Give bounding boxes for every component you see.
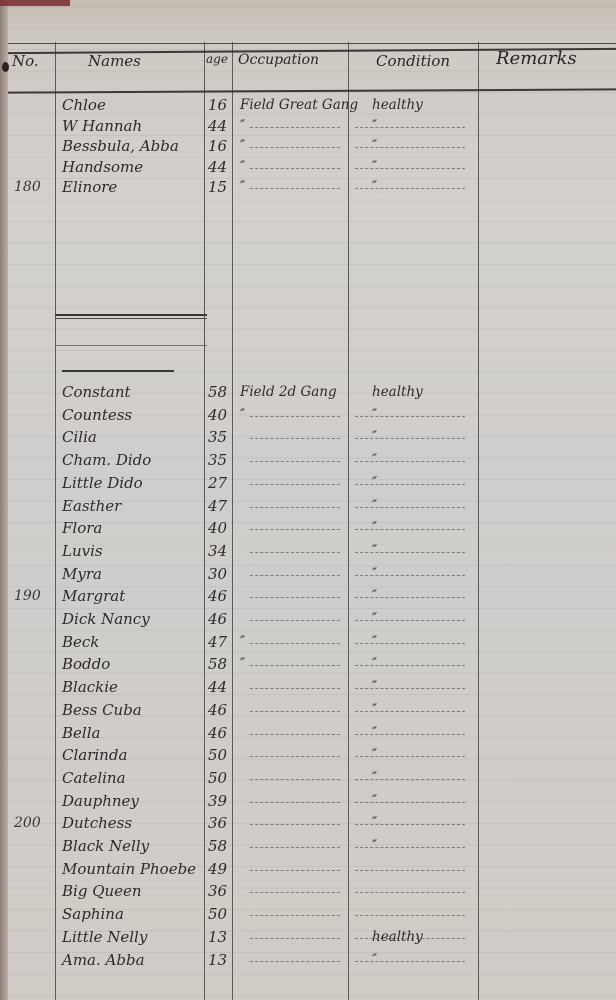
entry-name: Luvis — [62, 541, 103, 561]
register-entry: Boddo58″″ — [0, 654, 616, 674]
entry-condition: ″ — [372, 157, 377, 177]
register-entry: Flora40″ — [0, 518, 616, 538]
ditto-leader — [250, 847, 340, 848]
entry-condition: healthy — [372, 927, 423, 947]
register-entry: Cham. Dido35″ — [0, 450, 616, 470]
ditto-leader — [355, 188, 465, 189]
ditto-leader — [250, 915, 340, 916]
entry-age: 27 — [208, 473, 227, 493]
entry-name: Blackie — [62, 677, 118, 697]
entry-age: 13 — [208, 950, 227, 970]
entry-age: 15 — [208, 177, 227, 197]
entry-condition: ″ — [372, 405, 377, 425]
ditto-leader — [250, 188, 340, 189]
entry-name: Black Nelly — [62, 836, 149, 856]
register-page: No. Names age Occupation Condition Remar… — [0, 0, 616, 1000]
register-entry: Blackie44″ — [0, 677, 616, 697]
entry-name: Cilia — [62, 427, 97, 447]
entry-age: 47 — [208, 632, 227, 652]
ditto-leader — [355, 892, 465, 893]
entry-condition: ″ — [372, 791, 377, 811]
register-entry: 200Dutchess36″ — [0, 813, 616, 833]
header-names: Names — [88, 52, 141, 70]
ditto-leader — [250, 961, 340, 962]
entry-condition: ″ — [372, 450, 377, 470]
entry-condition: ″ — [372, 116, 377, 136]
entry-age: 44 — [208, 157, 227, 177]
register-entry: Constant58Field 2d Ganghealthy — [0, 382, 616, 402]
register-entry: Beck47″″ — [0, 632, 616, 652]
register-entry: 180Elinore15″″ — [0, 177, 616, 197]
ditto-leader — [355, 756, 465, 757]
entry-condition: healthy — [372, 382, 423, 402]
entry-name: Dutchess — [62, 813, 132, 833]
ditto-leader — [250, 416, 340, 417]
ditto-leader — [250, 756, 340, 757]
register-entry: Easther47″ — [0, 496, 616, 516]
ditto-leader — [355, 870, 465, 871]
header-occupation: Occupation — [238, 52, 319, 68]
entry-condition: ″ — [372, 609, 377, 629]
section-double-rule-b — [55, 318, 207, 319]
ditto-leader — [355, 127, 465, 128]
entry-age: 40 — [208, 518, 227, 538]
ditto-leader — [250, 802, 340, 803]
entry-name: Dauphney — [62, 791, 139, 811]
entry-condition: ″ — [372, 768, 377, 788]
register-entry: Black Nelly58″ — [0, 836, 616, 856]
register-entry: Ama. Abba13″ — [0, 950, 616, 970]
entry-age: 46 — [208, 700, 227, 720]
entry-age: 58 — [208, 836, 227, 856]
section-double-rule-a — [55, 314, 207, 316]
entry-age: 36 — [208, 881, 227, 901]
entry-occupation: ″ — [240, 116, 245, 136]
entry-number: 200 — [14, 813, 41, 833]
entry-occupation: ″ — [240, 177, 245, 197]
ditto-leader — [250, 552, 340, 553]
ditto-leader — [355, 147, 465, 148]
register-entry: Countess40″″ — [0, 405, 616, 425]
entry-number: 190 — [14, 586, 41, 606]
ditto-leader — [355, 484, 465, 485]
entry-name: Handsome — [62, 157, 143, 177]
ditto-leader — [250, 461, 340, 462]
entry-occupation: ″ — [240, 632, 245, 652]
ditto-leader — [355, 938, 465, 939]
ditto-leader — [250, 665, 340, 666]
entry-name: Cham. Dido — [62, 450, 151, 470]
entry-name: Ama. Abba — [62, 950, 145, 970]
ditto-leader — [250, 938, 340, 939]
ditto-leader — [355, 961, 465, 962]
entry-condition: ″ — [372, 745, 377, 765]
entry-age: 35 — [208, 450, 227, 470]
entry-condition: ″ — [372, 177, 377, 197]
register-entry: Bessbula, Abba16″″ — [0, 136, 616, 156]
entry-name: Margrat — [62, 586, 125, 606]
ditto-leader — [250, 643, 340, 644]
entry-occupation: Field 2d Gang — [240, 382, 337, 402]
entry-age: 13 — [208, 927, 227, 947]
ditto-leader — [355, 711, 465, 712]
entry-age: 46 — [208, 609, 227, 629]
entry-age: 50 — [208, 904, 227, 924]
entry-condition: ″ — [372, 586, 377, 606]
entry-name: Elinore — [62, 177, 117, 197]
ditto-leader — [355, 461, 465, 462]
ditto-leader — [250, 779, 340, 780]
register-entry: Little Nelly13healthy — [0, 927, 616, 947]
entry-age: 39 — [208, 791, 227, 811]
ditto-leader — [355, 168, 465, 169]
ditto-leader — [250, 620, 340, 621]
entry-age: 47 — [208, 496, 227, 516]
entry-name: Clarinda — [62, 745, 127, 765]
entry-name: Chloe — [62, 95, 106, 115]
entry-occupation: ″ — [240, 157, 245, 177]
register-entry: Dick Nancy46″ — [0, 609, 616, 629]
register-entry: Myra30″ — [0, 564, 616, 584]
register-entry: Bella46″ — [0, 723, 616, 743]
entry-age: 46 — [208, 723, 227, 743]
entry-name: Easther — [62, 496, 121, 516]
ditto-leader — [355, 529, 465, 530]
entry-name: Little Dido — [62, 473, 143, 493]
register-entry: Bess Cuba46″ — [0, 700, 616, 720]
entry-name: Boddo — [62, 654, 110, 674]
entry-condition: ″ — [372, 564, 377, 584]
ditto-leader — [355, 575, 465, 576]
entry-name: Bella — [62, 723, 100, 743]
ditto-leader — [355, 915, 465, 916]
entry-name: Constant — [62, 382, 131, 402]
entry-condition: ″ — [372, 677, 377, 697]
entry-age: 40 — [208, 405, 227, 425]
entry-condition: ″ — [372, 813, 377, 833]
header-top-rule-thin — [8, 43, 616, 44]
entry-age: 34 — [208, 541, 227, 561]
entry-name: Bessbula, Abba — [62, 136, 179, 156]
entry-name: Mountain Phoebe — [62, 859, 196, 879]
entry-condition: ″ — [372, 518, 377, 538]
entry-age: 58 — [208, 382, 227, 402]
entry-condition: ″ — [372, 950, 377, 970]
entry-age: 16 — [208, 136, 227, 156]
entry-name: W Hannah — [62, 116, 142, 136]
entry-condition: ″ — [372, 836, 377, 856]
header-age: age — [206, 52, 228, 66]
ditto-leader — [250, 870, 340, 871]
entry-age: 36 — [208, 813, 227, 833]
entry-condition: healthy — [372, 95, 423, 115]
ditto-leader — [355, 507, 465, 508]
register-entry: Dauphney39″ — [0, 791, 616, 811]
ditto-leader — [355, 597, 465, 598]
header-condition: Condition — [376, 52, 450, 70]
register-entry: Cilia35″ — [0, 427, 616, 447]
ditto-leader — [355, 779, 465, 780]
register-entry: Catelina50″ — [0, 768, 616, 788]
register-entry: Chloe16Field Great Ganghealthy — [0, 95, 616, 115]
header-remarks: Remarks — [496, 48, 577, 69]
entry-name: Little Nelly — [62, 927, 147, 947]
header-no: No. — [12, 52, 39, 70]
ditto-leader — [250, 892, 340, 893]
ditto-leader — [355, 734, 465, 735]
entry-name: Big Queen — [62, 881, 142, 901]
entry-occupation: Field Great Gang — [240, 95, 358, 115]
register-entry: Saphina50 — [0, 904, 616, 924]
ditto-leader — [355, 665, 465, 666]
entry-name: Catelina — [62, 768, 126, 788]
ditto-leader — [250, 688, 340, 689]
entry-age: 30 — [208, 564, 227, 584]
entry-condition: ″ — [372, 723, 377, 743]
entry-condition: ″ — [372, 654, 377, 674]
ditto-leader — [250, 597, 340, 598]
entry-age: 44 — [208, 677, 227, 697]
entry-name: Myra — [62, 564, 102, 584]
register-entry: Big Queen36 — [0, 881, 616, 901]
ditto-leader — [355, 416, 465, 417]
ditto-leader — [355, 802, 465, 803]
ditto-leader — [250, 734, 340, 735]
entry-number: 180 — [14, 177, 41, 197]
entry-name: Countess — [62, 405, 132, 425]
entry-occupation: ″ — [240, 405, 245, 425]
ditto-leader — [250, 711, 340, 712]
ditto-leader — [250, 507, 340, 508]
register-entry: Clarinda50″ — [0, 745, 616, 765]
entry-condition: ″ — [372, 136, 377, 156]
ditto-leader — [355, 438, 465, 439]
entry-condition: ″ — [372, 496, 377, 516]
ditto-leader — [250, 575, 340, 576]
header-bottom-rule — [8, 88, 616, 93]
entry-age: 49 — [208, 859, 227, 879]
register-entry: Little Dido27″ — [0, 473, 616, 493]
section-short-rule — [62, 370, 174, 372]
ditto-leader — [250, 529, 340, 530]
entry-age: 58 — [208, 654, 227, 674]
entry-name: Saphina — [62, 904, 124, 924]
entry-condition: ″ — [372, 473, 377, 493]
ditto-leader — [355, 643, 465, 644]
ditto-leader — [355, 847, 465, 848]
ditto-leader — [250, 168, 340, 169]
register-entry: Luvis34″ — [0, 541, 616, 561]
entry-occupation: ″ — [240, 654, 245, 674]
register-entry: Mountain Phoebe49 — [0, 859, 616, 879]
entry-name: Beck — [62, 632, 99, 652]
entry-name: Bess Cuba — [62, 700, 142, 720]
ditto-leader — [355, 824, 465, 825]
ditto-leader — [355, 620, 465, 621]
ditto-leader — [250, 127, 340, 128]
register-entry: Handsome44″″ — [0, 157, 616, 177]
entry-age: 16 — [208, 95, 227, 115]
entry-condition: ″ — [372, 632, 377, 652]
register-entry: 190Margrat46″ — [0, 586, 616, 606]
ditto-leader — [355, 552, 465, 553]
entry-condition: ″ — [372, 700, 377, 720]
ditto-leader — [250, 438, 340, 439]
ditto-leader — [250, 484, 340, 485]
entry-condition: ″ — [372, 541, 377, 561]
ditto-leader — [250, 824, 340, 825]
entry-condition: ″ — [372, 427, 377, 447]
ditto-leader — [355, 688, 465, 689]
entry-age: 50 — [208, 745, 227, 765]
ditto-leader — [250, 147, 340, 148]
entry-age: 46 — [208, 586, 227, 606]
entry-occupation: ″ — [240, 136, 245, 156]
entry-age: 50 — [208, 768, 227, 788]
book-corner — [0, 0, 70, 6]
register-entry: W Hannah44″″ — [0, 116, 616, 136]
entry-age: 35 — [208, 427, 227, 447]
binding-hole — [2, 62, 9, 72]
entry-name: Flora — [62, 518, 102, 538]
entry-name: Dick Nancy — [62, 609, 150, 629]
entry-age: 44 — [208, 116, 227, 136]
section-rule — [55, 345, 207, 346]
